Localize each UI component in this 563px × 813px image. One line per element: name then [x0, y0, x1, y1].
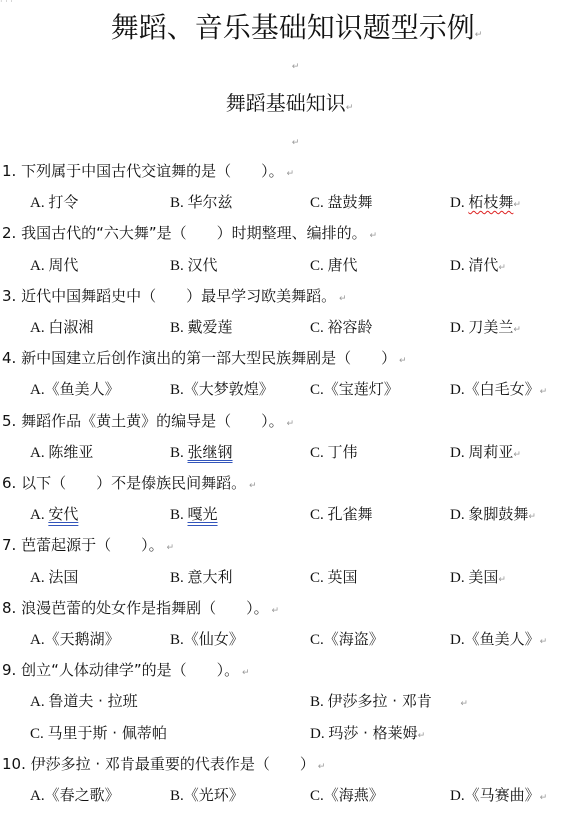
- option-label: D.: [450, 258, 468, 274]
- paragraph-mark-icon: ↵: [292, 62, 300, 72]
- option-label: C.: [310, 320, 328, 336]
- option-b[interactable]: B. 伊莎多拉 · 邓肯 ↵: [310, 691, 468, 714]
- paragraph-mark-icon: ↵: [418, 731, 426, 741]
- options-row: A.《春之歌》B.《光环》C.《海燕》D.《马赛曲》↵: [0, 785, 563, 805]
- paragraph-mark-icon: ↵: [346, 103, 354, 113]
- question-number: 7.: [2, 536, 21, 554]
- option-label: B.: [170, 195, 188, 211]
- option-text: 《海燕》: [324, 786, 384, 804]
- question-stem: 9. 创立“人体动律学”的是（ ）。 ↵: [2, 660, 250, 683]
- option-label: B.: [170, 570, 188, 586]
- heading-text: 舞蹈基础知识: [226, 91, 346, 115]
- question-number: 5.: [2, 412, 21, 430]
- option-text: 白淑湘: [48, 318, 93, 336]
- option-label: A.: [30, 694, 48, 710]
- option-c[interactable]: C.《宝莲灯》: [310, 379, 399, 400]
- option-text: 玛莎 · 格莱姆: [328, 724, 417, 742]
- options-row: A. 鲁道夫 · 拉班B. 伊莎多拉 · 邓肯 ↵: [0, 691, 563, 711]
- question-number: 9.: [2, 661, 21, 679]
- option-d[interactable]: D. 柘枝舞↵: [450, 192, 521, 215]
- option-a[interactable]: A. 鲁道夫 · 拉班: [30, 691, 138, 712]
- paragraph-mark-icon: ↵: [513, 450, 521, 460]
- option-b[interactable]: B.《大梦敦煌》: [170, 379, 274, 400]
- option-d[interactable]: D. 玛莎 · 格莱姆↵: [310, 723, 425, 746]
- question-number: 6.: [2, 474, 21, 492]
- paragraph-mark-icon: ↵: [513, 200, 521, 210]
- question-text: 伊莎多拉 · 邓肯最重要的代表作是（ ）: [31, 755, 315, 773]
- paragraph-mark-icon: ↵: [246, 481, 256, 491]
- options-row: A. 法国B. 意大利C. 英国D. 美国↵: [0, 567, 563, 587]
- option-text: 《海盗》: [324, 630, 384, 648]
- question-text: 近代中国舞蹈史中（ ）最早学习欧美舞蹈。: [21, 287, 336, 305]
- options-row: A. 白淑湘B. 戴爱莲C. 裕容龄D. 刀美兰↵: [0, 317, 563, 337]
- option-d[interactable]: D.《马赛曲》↵: [450, 785, 547, 808]
- options-row: A. 打令B. 华尔兹C. 盘鼓舞D. 柘枝舞↵: [0, 192, 563, 212]
- option-text: 戴爱莲: [188, 318, 233, 336]
- option-label: A.: [30, 788, 45, 804]
- options-row: A.《鱼美人》B.《大梦敦煌》C.《宝莲灯》D.《白毛女》↵: [0, 379, 563, 399]
- option-label: B.: [170, 258, 188, 274]
- question-stem: 8. 浪漫芭蕾的处女作是指舞剧（ ）。 ↵: [2, 598, 279, 621]
- option-text: 《仙女》: [184, 630, 244, 648]
- option-label: C.: [310, 195, 328, 211]
- option-text: 孔雀舞: [328, 505, 373, 523]
- option-d[interactable]: D. 象脚鼓舞↵: [450, 504, 536, 527]
- question-stem: 7. 芭蕾起源于（ ）。 ↵: [2, 535, 174, 558]
- option-c[interactable]: C. 孔雀舞: [310, 504, 373, 525]
- question-text: 我国古代的“六大舞”是（ ）时期整理、编排的。: [21, 224, 367, 242]
- option-label: D.: [450, 632, 465, 648]
- option-text: 盘鼓舞: [328, 193, 373, 211]
- options-row: A. 周代B. 汉代C. 唐代D. 清代↵: [0, 255, 563, 275]
- header-fragment: · · ·: [0, 0, 40, 4]
- option-label: B.: [170, 445, 188, 461]
- option-label: C.: [310, 507, 328, 523]
- option-a[interactable]: A.《春之歌》: [30, 785, 120, 806]
- option-text: 唐代: [328, 256, 358, 274]
- options-row: C. 马里于斯 · 佩蒂帕D. 玛莎 · 格莱姆↵: [0, 723, 563, 743]
- question-text: 浪漫芭蕾的处女作是指舞剧（ ）。: [21, 599, 269, 617]
- option-text: 安代: [48, 505, 78, 523]
- paragraph-mark-icon: ↵: [284, 419, 294, 429]
- option-text: 周代: [48, 256, 78, 274]
- option-label: B.: [170, 382, 184, 398]
- option-b[interactable]: B.《光环》: [170, 785, 244, 806]
- paragraph-mark-icon: ↵: [336, 294, 346, 304]
- option-c[interactable]: C.《海燕》: [310, 785, 384, 806]
- option-label: C.: [310, 382, 324, 398]
- option-text: 嘎光: [188, 505, 218, 523]
- option-label: A.: [30, 382, 45, 398]
- option-text: 《白毛女》: [465, 380, 540, 398]
- option-d[interactable]: D. 周莉亚↵: [450, 442, 521, 465]
- question-stem: 4. 新中国建立后创作演出的第一部大型民族舞剧是（ ） ↵: [2, 348, 407, 371]
- question-number: 2.: [2, 224, 21, 242]
- option-a[interactable]: A. 打令: [30, 192, 78, 213]
- paragraph-mark-icon: ↵: [498, 263, 506, 273]
- option-b[interactable]: B.《仙女》: [170, 629, 244, 650]
- option-label: B.: [170, 320, 188, 336]
- option-label: D.: [450, 507, 468, 523]
- option-b[interactable]: B. 张继钢: [170, 442, 233, 463]
- question-text: 舞蹈作品《黄土黄》的编导是（ ）。: [21, 412, 284, 430]
- section-heading: 舞蹈基础知识↵: [0, 88, 563, 123]
- document-title: 舞蹈、音乐基础知识题型示例↵: [0, 8, 563, 55]
- option-text: 鲁道夫 · 拉班: [48, 692, 137, 710]
- option-text: 《大梦敦煌》: [184, 380, 274, 398]
- option-a[interactable]: A. 周代: [30, 255, 78, 276]
- options-row: A. 安代B. 嘎光C. 孔雀舞D. 象脚鼓舞↵: [0, 504, 563, 524]
- option-text: 美国: [468, 568, 498, 586]
- option-text: 英国: [328, 568, 358, 586]
- option-text: 《光环》: [184, 786, 244, 804]
- option-label: D.: [450, 788, 465, 804]
- question-number: 3.: [2, 287, 21, 305]
- paragraph-mark-icon: ↵: [269, 606, 279, 616]
- question-text: 下列属于中国古代交谊舞的是（ ）。: [21, 162, 284, 180]
- option-text: 意大利: [188, 568, 233, 586]
- options-row: A. 陈维亚B. 张继钢C. 丁伟D. 周莉亚↵: [0, 442, 563, 462]
- question-stem: 10. 伊莎多拉 · 邓肯最重要的代表作是（ ） ↵: [2, 754, 325, 777]
- option-d[interactable]: D. 刀美兰↵: [450, 317, 521, 340]
- option-label: D.: [450, 382, 465, 398]
- option-label: A.: [30, 320, 48, 336]
- paragraph-mark-icon: ↵: [475, 30, 483, 40]
- option-text: 汉代: [188, 256, 218, 274]
- option-label: C.: [310, 788, 324, 804]
- option-d[interactable]: D. 清代↵: [450, 255, 506, 278]
- option-text: 丁伟: [328, 443, 358, 461]
- question-number: 8.: [2, 599, 21, 617]
- question-number: 10.: [2, 755, 31, 773]
- option-text: 《天鹅湖》: [45, 630, 120, 648]
- question-stem: 6. 以下（ ）不是傣族民间舞蹈。 ↵: [2, 473, 257, 496]
- paragraph-mark-icon: ↵: [315, 762, 325, 772]
- option-label: D.: [450, 320, 468, 336]
- paragraph-mark-icon: ↵: [540, 793, 548, 803]
- question-stem: 2. 我国古代的“六大舞”是（ ）时期整理、编排的。 ↵: [2, 223, 377, 246]
- option-label: D.: [450, 195, 468, 211]
- option-c[interactable]: C. 马里于斯 · 佩蒂帕: [30, 723, 167, 744]
- option-label: D.: [310, 726, 328, 742]
- option-a[interactable]: A. 白淑湘: [30, 317, 93, 338]
- title-text: 舞蹈、音乐基础知识题型示例: [111, 11, 475, 44]
- option-b[interactable]: B. 汉代: [170, 255, 218, 276]
- option-c[interactable]: C. 裕容龄: [310, 317, 373, 338]
- option-label: A.: [30, 570, 48, 586]
- paragraph-mark-icon: ↵: [513, 325, 521, 335]
- option-text: 伊莎多拉 · 邓肯: [328, 692, 432, 710]
- question-text: 新中国建立后创作演出的第一部大型民族舞剧是（ ）: [21, 349, 396, 367]
- option-text: 周莉亚: [468, 443, 513, 461]
- option-c[interactable]: C. 丁伟: [310, 442, 358, 463]
- option-label: A.: [30, 195, 48, 211]
- option-a[interactable]: A.《天鹅湖》: [30, 629, 120, 650]
- option-c[interactable]: C. 盘鼓舞: [310, 192, 373, 213]
- option-label: B.: [310, 694, 328, 710]
- option-text: 《鱼美人》: [45, 380, 120, 398]
- question-number: 1.: [2, 162, 21, 180]
- paragraph-mark-icon: ↵: [540, 387, 548, 397]
- option-text: 裕容龄: [328, 318, 373, 336]
- question-stem: 1. 下列属于中国古代交谊舞的是（ ）。 ↵: [2, 161, 294, 184]
- option-label: C.: [310, 570, 328, 586]
- option-label: A.: [30, 258, 48, 274]
- paragraph-mark-icon: ↵: [528, 512, 536, 522]
- option-label: A.: [30, 507, 48, 523]
- empty-paragraph: ↵: [0, 62, 563, 72]
- question-text: 以下（ ）不是傣族民间舞蹈。: [21, 474, 246, 492]
- option-c[interactable]: C. 唐代: [310, 255, 358, 276]
- option-label: C.: [310, 632, 324, 648]
- paragraph-mark-icon: ↵: [239, 668, 249, 678]
- empty-paragraph: ↵: [0, 138, 563, 148]
- question-number: 4.: [2, 349, 21, 367]
- option-b[interactable]: B. 戴爱莲: [170, 317, 233, 338]
- paragraph-mark-icon: ↵: [367, 231, 377, 241]
- option-label: B.: [170, 632, 184, 648]
- option-a[interactable]: A.《鱼美人》: [30, 379, 120, 400]
- option-text: 清代: [468, 256, 498, 274]
- option-a[interactable]: A. 安代: [30, 504, 78, 525]
- option-label: C.: [310, 258, 328, 274]
- option-text: 法国: [48, 568, 78, 586]
- option-label: A.: [30, 632, 45, 648]
- paragraph-mark-icon: ↵: [432, 699, 468, 709]
- paragraph-mark-icon: ↵: [498, 575, 506, 585]
- option-label: D.: [450, 570, 468, 586]
- option-text: 马里于斯 · 佩蒂帕: [48, 724, 167, 742]
- option-text: 张继钢: [188, 443, 233, 461]
- option-d[interactable]: D. 美国↵: [450, 567, 506, 590]
- paragraph-mark-icon: ↵: [164, 543, 174, 553]
- option-text: 华尔兹: [188, 193, 233, 211]
- question-text: 创立“人体动律学”的是（ ）。: [21, 661, 239, 679]
- option-text: 打令: [48, 193, 78, 211]
- option-text: 《春之歌》: [45, 786, 120, 804]
- option-label: C.: [30, 726, 48, 742]
- option-c[interactable]: C. 英国: [310, 567, 358, 588]
- paragraph-mark-icon: ↵: [284, 169, 294, 179]
- option-text: 《马赛曲》: [465, 786, 540, 804]
- option-label: B.: [170, 507, 188, 523]
- option-b[interactable]: B. 嘎光: [170, 504, 218, 525]
- question-stem: 3. 近代中国舞蹈史中（ ）最早学习欧美舞蹈。 ↵: [2, 286, 347, 309]
- paragraph-mark-icon: ↵: [292, 138, 300, 148]
- option-d[interactable]: D.《鱼美人》↵: [450, 629, 547, 652]
- options-row: A.《天鹅湖》B.《仙女》C.《海盗》D.《鱼美人》↵: [0, 629, 563, 649]
- option-text: 陈维亚: [48, 443, 93, 461]
- option-text: 《宝莲灯》: [324, 380, 399, 398]
- document-page: · · · 舞蹈、音乐基础知识题型示例↵ ↵ 舞蹈基础知识↵ ↵ 1. 下列属于…: [0, 0, 563, 813]
- paragraph-mark-icon: ↵: [540, 637, 548, 647]
- question-text: 芭蕾起源于（ ）。: [21, 536, 164, 554]
- option-a[interactable]: A. 法国: [30, 567, 78, 588]
- option-text: 刀美兰: [468, 318, 513, 336]
- option-d[interactable]: D.《白毛女》↵: [450, 379, 547, 402]
- option-b[interactable]: B. 华尔兹: [170, 192, 233, 213]
- option-label: C.: [310, 445, 328, 461]
- option-text: 象脚鼓舞: [468, 505, 528, 523]
- option-b[interactable]: B. 意大利: [170, 567, 233, 588]
- option-label: B.: [170, 788, 184, 804]
- option-text: 柘枝舞: [468, 193, 513, 211]
- option-label: A.: [30, 445, 48, 461]
- option-c[interactable]: C.《海盗》: [310, 629, 384, 650]
- paragraph-mark-icon: ↵: [396, 356, 406, 366]
- question-stem: 5. 舞蹈作品《黄土黄》的编导是（ ）。 ↵: [2, 411, 294, 434]
- option-label: D.: [450, 445, 468, 461]
- option-text: 《鱼美人》: [465, 630, 540, 648]
- option-a[interactable]: A. 陈维亚: [30, 442, 93, 463]
